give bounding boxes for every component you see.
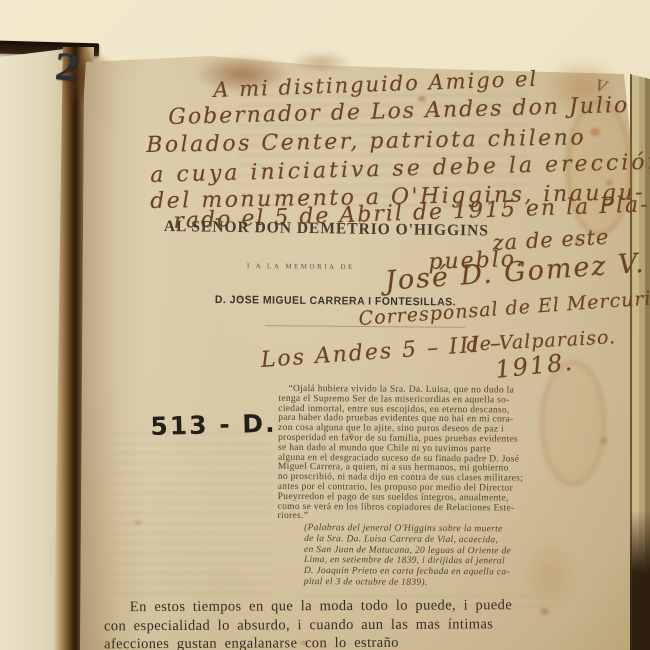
dedicatee-name: D. JOSE MIGUEL CARRERA I FONTESILLAS. [215,294,456,309]
catalog-number: 513 - D. [150,409,277,441]
memoria-line: I A LA MEMORIA DE [247,262,355,271]
left-flyleaf-page [0,49,64,650]
photo-background: 2 A mi distinguido Amigo el Gobernador d… [0,0,650,650]
body-paragraph: En estos tiempos en que la moda todo lo … [104,596,609,650]
quote-block: “Ojalá hubiera vivido la Sra. Da. Luisa,… [278,385,601,524]
back-cover-edge [630,510,650,650]
spine-number: 2 [53,46,82,90]
attribution-block: (Palabras del jeneral O'Higgins sobre la… [304,523,584,590]
text-line: pital el 3 de octubre de 1839). [304,577,584,590]
text-line: afecciones gustan engalanarse con lo est… [104,633,609,650]
